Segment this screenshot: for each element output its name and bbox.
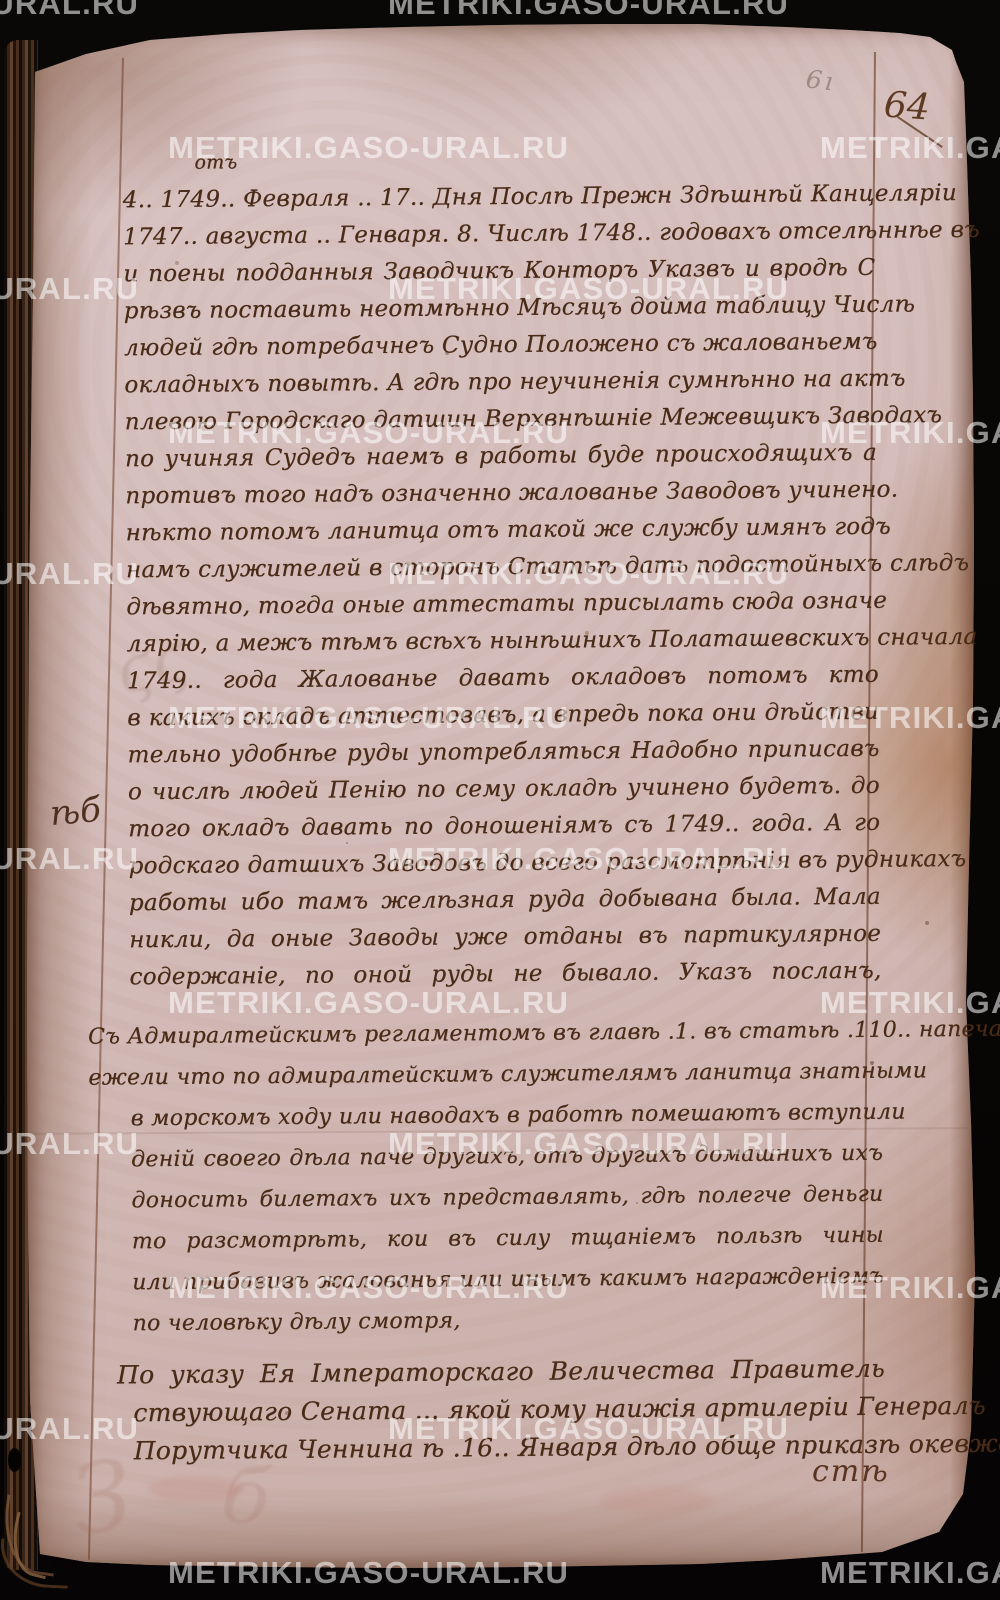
watermark-text: METRIKI.GASO-URAL.RU [388, 0, 789, 22]
watermark-text: METRIKI.GASO-URAL.RU [820, 1555, 1000, 1591]
manuscript-line: доносить билетахъ ихъ представлять, гдѣ … [131, 1174, 883, 1222]
foxing-spots [26, 22, 28, 24]
manuscript-line: по человѣку дѣлу смотря, [132, 1297, 884, 1345]
handwriting-block: отъ4.. 1749.. Февраля .. 17.. Дня Послѣ … [122, 139, 886, 1471]
paragraph-2: Съ Адмиралтейскимъ регламентомъ въ главѣ… [130, 1010, 885, 1345]
margin-mark: ѣб [48, 790, 102, 834]
manuscript-line: содержаніе, по оной руды не бывало. Указ… [129, 953, 881, 997]
pencil-folio-number: 6ı [804, 64, 837, 96]
archival-scan: З б ϛϛ 6ı 64 ѣб стѣ отъ4.. 1749.. Феврал… [0, 0, 1000, 1600]
spine-notch [8, 1448, 21, 1472]
manuscript-line: По указу Ея Імператорскаго Величества Пр… [117, 1350, 885, 1395]
manuscript-line: то разсмотрѣть, кои въ силу тщаніемъ пол… [132, 1215, 884, 1263]
manuscript-line: Порутчика Ченнина ѣ .16.. Января дѣло об… [133, 1426, 885, 1471]
paragraph-3: По указу Ея Імператорскаго Величества Пр… [133, 1350, 886, 1471]
manuscript-line: в морскомъ ходу или наводахъ в работѣ по… [131, 1092, 883, 1140]
manuscript-line: Съ Адмиралтейскимъ регламентомъ въ главѣ… [88, 1010, 882, 1058]
paragraph-1: отъ4.. 1749.. Февраля .. 17.. Дня Послѣ … [122, 139, 881, 997]
bleed-through-stamp [600, 1485, 710, 1515]
bleed-through-stamp [148, 1476, 244, 1502]
manuscript-line: ежели что по адмиралтейскимъ служителямъ… [88, 1051, 882, 1099]
manuscript-line: деній своего дѣла паче другихъ, отъ друг… [131, 1133, 883, 1181]
manuscript-line: или прибавивъ жалованья или инымъ какимъ… [132, 1256, 884, 1304]
manuscript-line: ствующаго Сената ... якой кому наижія ар… [133, 1388, 885, 1433]
watermark-text: METRIKI.GASO-URAL.RU [0, 0, 139, 22]
